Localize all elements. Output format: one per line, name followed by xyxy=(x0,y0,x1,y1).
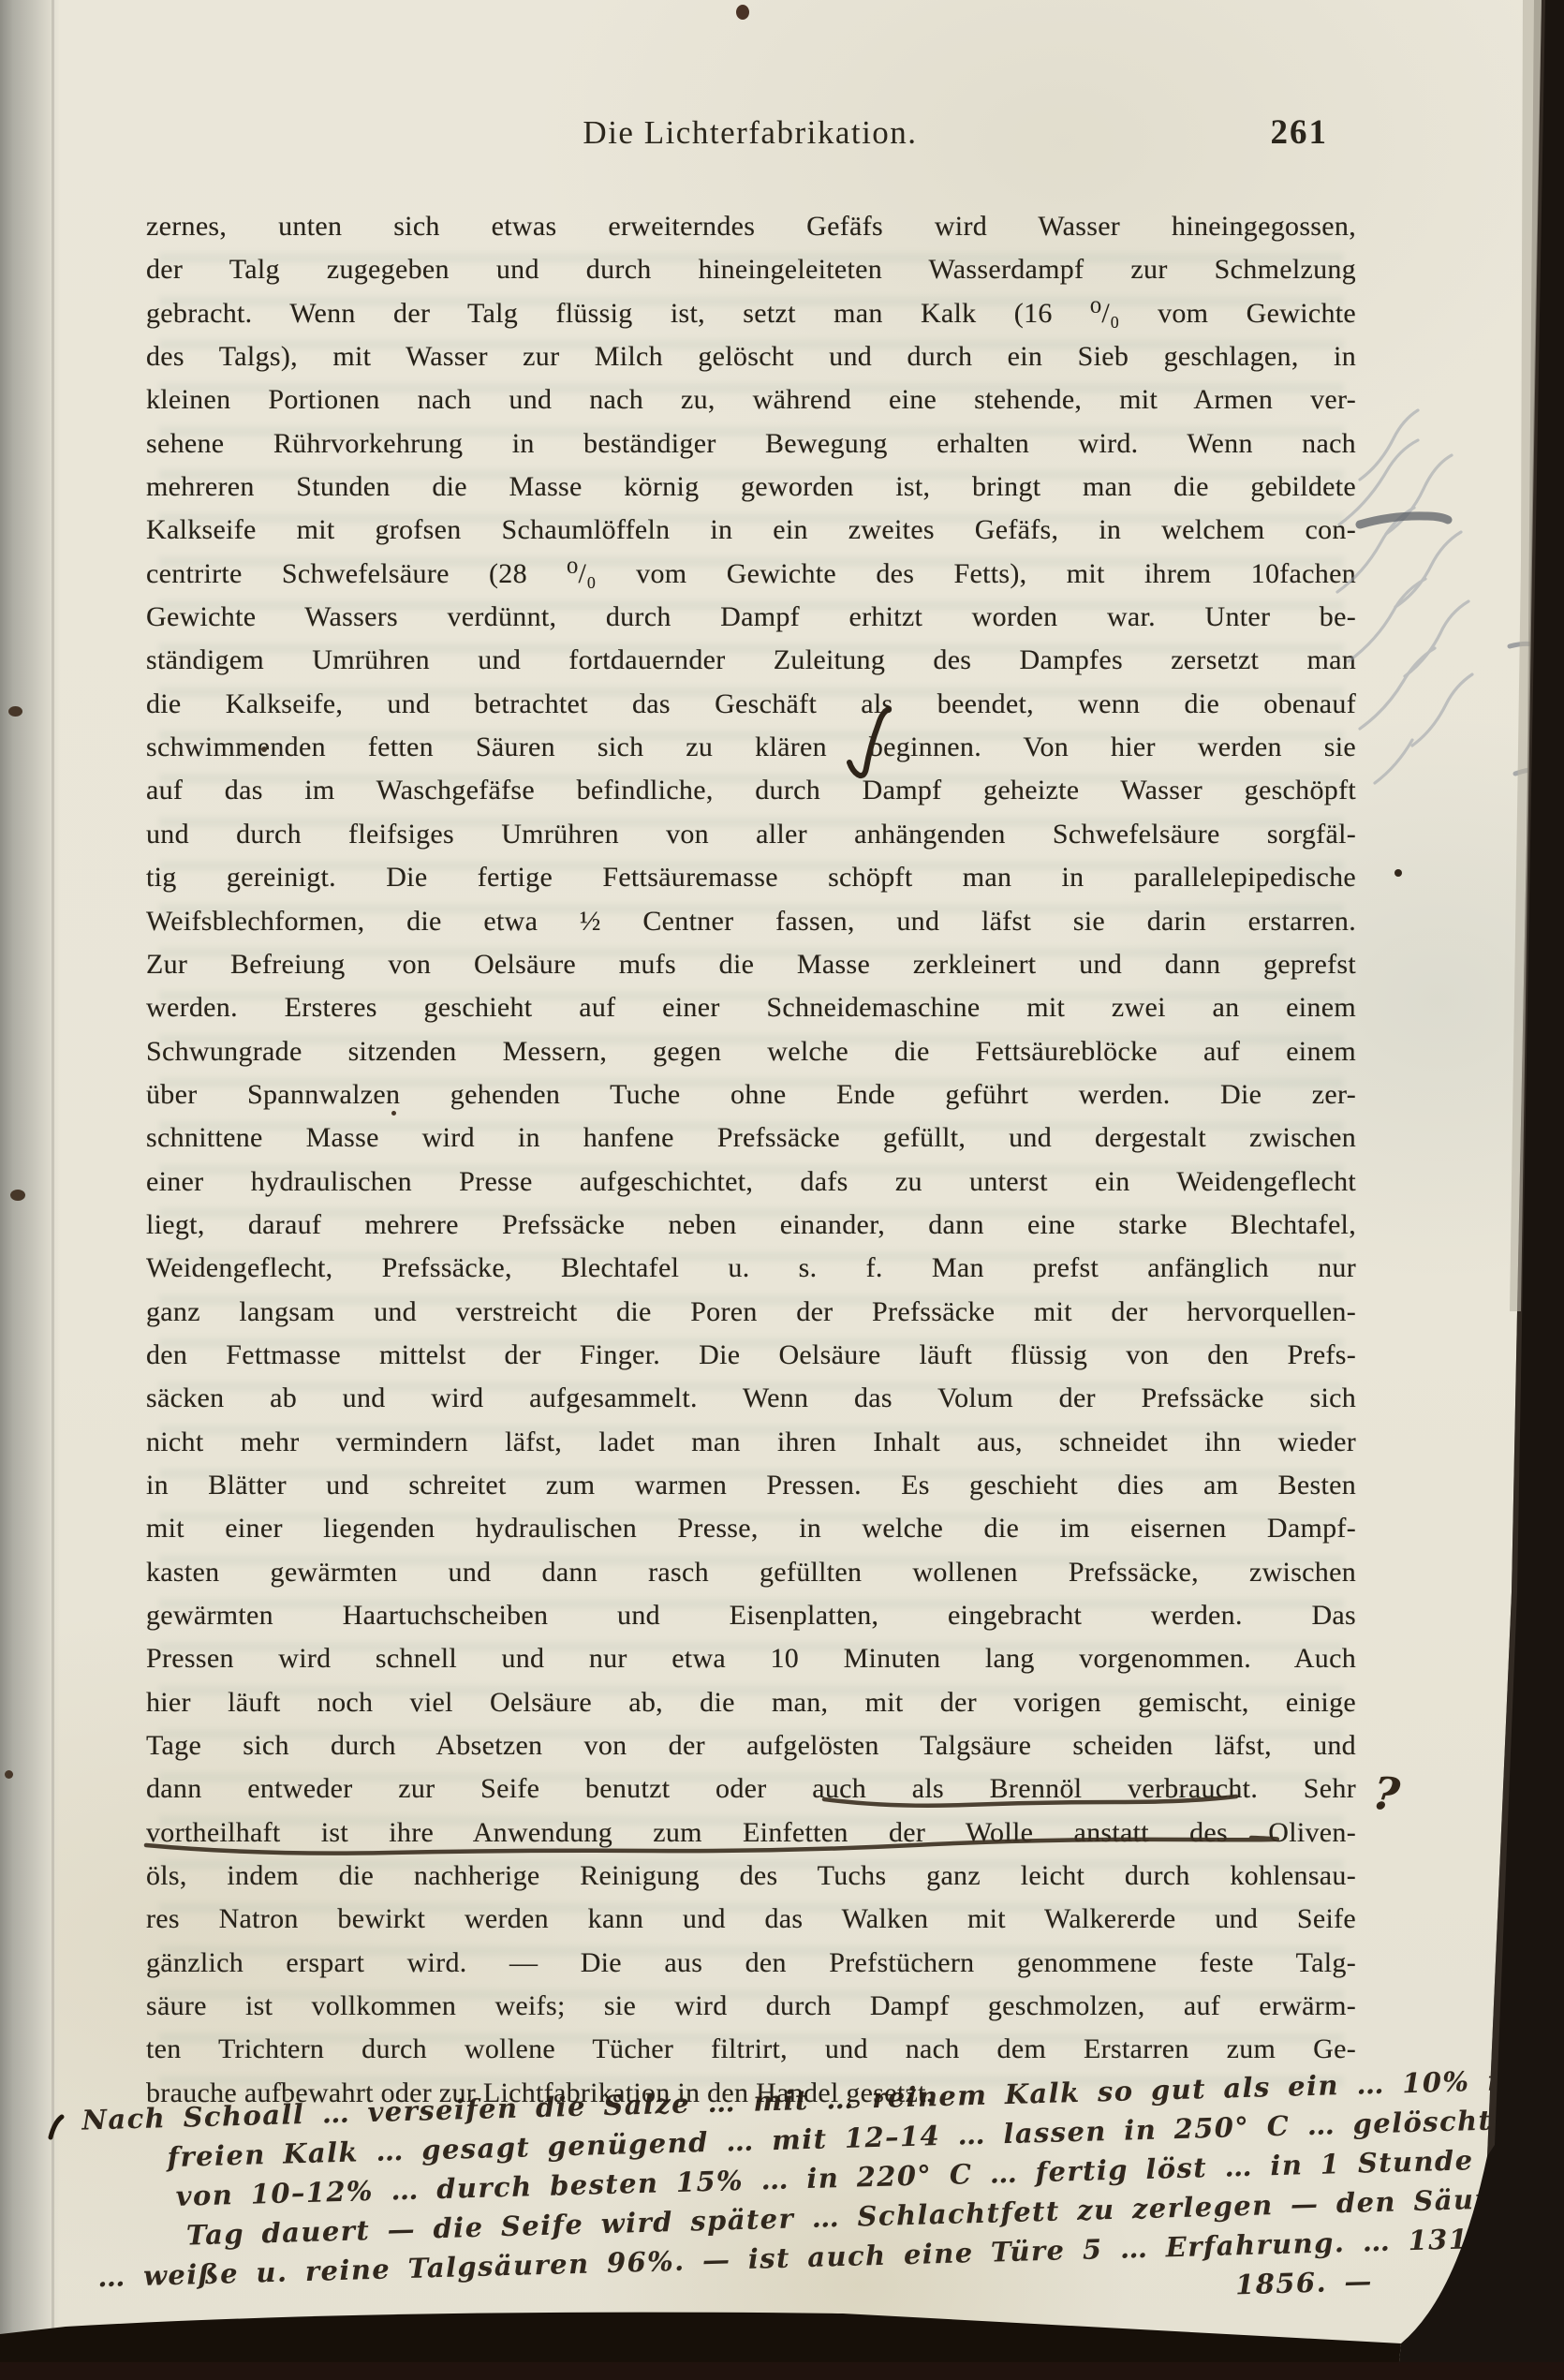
body-line: Weifsblechformen, die etwa ½ Centner fas… xyxy=(146,900,1356,943)
body-line: über Spannwalzen gehenden Tuche ohne End… xyxy=(146,1073,1356,1116)
pencil-smudge xyxy=(1360,516,1448,525)
margin-pencil-scribble xyxy=(1337,410,1472,783)
paper-speck xyxy=(5,1770,13,1779)
body-line: säure ist vollkommen weifs; sie wird dur… xyxy=(146,1985,1356,2028)
paper-speck xyxy=(736,5,749,20)
book-page-scan: Die Lichterfabrikation. 261 zernes, unte… xyxy=(0,0,1564,2380)
body-line: sehene Rührvorkehrung in beständiger Bew… xyxy=(146,422,1356,466)
pencil-dash xyxy=(1515,770,1543,775)
gutter-shadow-line xyxy=(52,0,54,2380)
body-line: Zur Befreiung von Oelsäure mufs die Mass… xyxy=(146,943,1356,986)
body-line: schwimmenden fetten Säuren sich zu kläre… xyxy=(146,726,1356,769)
paper-speck xyxy=(10,1190,25,1201)
paper-speck xyxy=(8,706,22,717)
paper-edge-shading xyxy=(1510,0,1542,1311)
page-title: Die Lichterfabrikation. xyxy=(146,114,1354,152)
body-line: und durch fleifsiges Umrühren von aller … xyxy=(146,813,1356,856)
page-number: 261 xyxy=(1271,112,1329,153)
body-line: die Kalkseife, und betrachtet das Geschä… xyxy=(146,683,1356,726)
body-line: schnittene Masse wird in hanfene Prefssä… xyxy=(146,1116,1356,1160)
body-line: dann entweder zur Seife benutzt oder auc… xyxy=(146,1767,1356,1811)
body-line: auf das im Waschgefäfse befindliche, dur… xyxy=(146,769,1356,812)
body-line: zernes, unten sich etwas erweiterndes Ge… xyxy=(146,205,1356,248)
body-line: ständigem Umrühren und fortdauernder Zul… xyxy=(146,639,1356,682)
body-line: Pressen wird schnell und nur etwa 10 Min… xyxy=(146,1637,1356,1680)
page-header: Die Lichterfabrikation. 261 xyxy=(146,114,1354,161)
body-line: vortheilhaft ist ihre Anwendung zum Einf… xyxy=(146,1811,1356,1855)
body-line: Tage sich durch Absetzen von der aufgelö… xyxy=(146,1724,1356,1767)
body-line: einer hydraulischen Presse aufgeschichte… xyxy=(146,1160,1356,1204)
body-line: werden. Ersteres geschieht auf einer Sch… xyxy=(146,986,1356,1029)
body-line: in Blätter und schreitet zum warmen Pres… xyxy=(146,1464,1356,1507)
body-line: gebracht. Wenn der Talg flüssig ist, set… xyxy=(146,292,1356,335)
body-line: ten Trichtern durch wollene Tücher filtr… xyxy=(146,2028,1356,2071)
paper-speck xyxy=(391,1111,396,1116)
body-line: Weidengeflecht, Prefssäcke, Blechtafel u… xyxy=(146,1247,1356,1290)
body-line: liegt, darauf mehrere Prefssäcke neben e… xyxy=(146,1204,1356,1247)
body-line: hier läuft noch viel Oelsäure ab, die ma… xyxy=(146,1681,1356,1724)
body-line: Kalkseife mit grofsen Schaumlöffeln in e… xyxy=(146,509,1356,552)
body-line: gänzlich erspart wird. — Die aus den Pre… xyxy=(146,1942,1356,1985)
question-mark-annotation: ? xyxy=(1370,1767,1403,1822)
body-line: säcken ab und wird aufgesammelt. Wenn da… xyxy=(146,1377,1356,1420)
body-line: Schwungrade sitzenden Messern, gegen wel… xyxy=(146,1030,1356,1073)
scan-edge-bottom-tint xyxy=(0,2362,1564,2380)
body-line: mehreren Stunden die Masse körnig geword… xyxy=(146,466,1356,509)
pencil-dash xyxy=(1510,643,1534,646)
body-line: res Natron bewirkt werden kann und das W… xyxy=(146,1898,1356,1941)
body-line: kasten gewärmten und dann rasch gefüllte… xyxy=(146,1551,1356,1594)
body-line: mit einer liegenden hydraulischen Presse… xyxy=(146,1507,1356,1550)
ink-dot-mark xyxy=(1394,869,1402,877)
bottom-marginalia: Nach Schoall … verseifen die Salze … mit… xyxy=(33,2063,1537,2340)
body-line: Gewichte Wassers verdünnt, durch Dampf e… xyxy=(146,596,1356,639)
paper-speck xyxy=(261,747,267,752)
body-line: der Talg zugegeben und durch hineingelei… xyxy=(146,248,1356,291)
body-line: öls, indem die nachherige Reinigung des … xyxy=(146,1855,1356,1898)
body-line: gewärmten Haartuchscheiben und Eisenplat… xyxy=(146,1594,1356,1637)
body-line: nicht mehr vermindern läfst, ladet man i… xyxy=(146,1421,1356,1464)
body-line: kleinen Portionen nach und nach zu, währ… xyxy=(146,378,1356,421)
body-line: tig gereinigt. Die fertige Fettsäuremass… xyxy=(146,856,1356,899)
body-text: zernes, unten sich etwas erweiterndes Ge… xyxy=(146,205,1356,2115)
body-line: des Talgs), mit Wasser zur Milch gelösch… xyxy=(146,335,1356,378)
body-line: ganz langsam und verstreicht die Poren d… xyxy=(146,1291,1356,1334)
scan-edge-right xyxy=(1397,0,1564,2380)
scan-edge-right-soft xyxy=(1487,0,1545,2156)
body-line: centrirte Schwefelsäure (28 ⁰/₀ vom Gewi… xyxy=(146,553,1356,596)
body-line: den Fettmasse mittelst der Finger. Die O… xyxy=(146,1334,1356,1377)
